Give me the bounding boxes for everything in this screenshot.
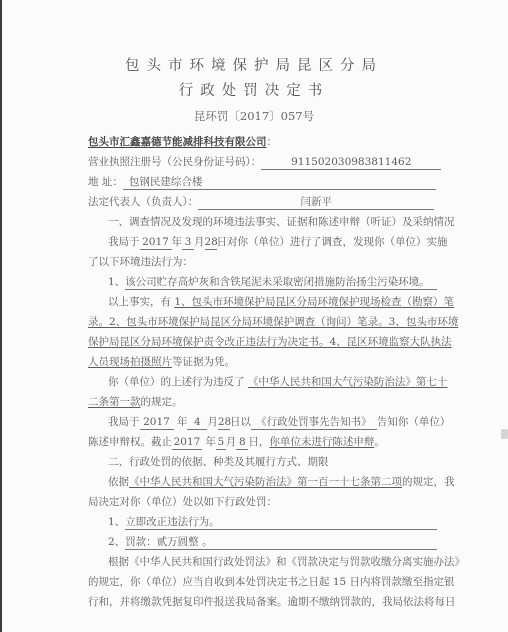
legal-rep-label: 法定代表人（负责人）：: [88, 196, 198, 208]
defense-result: 你单位未进行陈述申辩: [269, 436, 374, 448]
text: 日，: [248, 436, 269, 448]
text: 我局于: [108, 236, 140, 248]
evidence-text: 1、包头市环境保护局昆区分局环境保护现场检查（勘察）笔: [174, 296, 454, 308]
address-value: 包钢民建综合楼: [123, 176, 436, 190]
issuing-authority-title: 包头市环境保护局昆区分局: [0, 54, 508, 75]
penalty-item-2: 2、罚款：贰万圆整 。: [108, 535, 437, 550]
address-line: 地 址：包钢民建综合楼: [88, 175, 436, 190]
text: 的规定，我: [402, 476, 455, 488]
legal-rep-line: 法定代表人（负责人）：闫新平: [88, 195, 434, 210]
recipient-suffix: ：: [267, 136, 278, 148]
license-line: 营业执照注册号（公民身份证号码）：911502030983811462: [88, 155, 441, 170]
evidence-line-3: 保护局昆区分局环境保护责令改正违法行为决定书。4、昆区环境监察大队执法: [88, 335, 452, 349]
item-number: 2、: [108, 536, 125, 548]
text: 年: [177, 416, 188, 428]
investigation-month: 3: [182, 236, 194, 250]
investigation-year: 2017: [140, 236, 172, 250]
license-value: 911502030983811462: [261, 156, 441, 170]
notice-month: 4: [187, 416, 207, 430]
deadline-month: 5: [216, 436, 226, 450]
deadline-year: 2017: [172, 436, 202, 450]
evidence-line-4: 人员现场拍摄照片等证据为凭。: [88, 355, 235, 369]
item-number: 1、: [108, 516, 125, 528]
license-label: 营业执照注册号（公民身份证号码）：: [88, 156, 261, 168]
notice-line-2: 陈述申辩权。截止2017 年5月8日，你单位未进行陈述申辩。: [88, 435, 385, 450]
violated-law: 二条第一款: [88, 396, 141, 408]
text: 告知你（单位）: [377, 416, 451, 428]
recipient-line: 包头市汇鑫嘉德节能减排科技有限公司：: [88, 135, 277, 149]
payment-line-2: 的规定，你（单位）应当自收到本处罚决定书之日起 15 日内将罚款缴至指定银: [88, 575, 455, 589]
basis-line-2: 局决定对你（单位）处以如下行政处罚：: [88, 495, 277, 509]
text: 年: [205, 436, 216, 448]
evidence-text: 人员现场拍摄照片: [88, 356, 172, 368]
text: 你（单位）的上述行为违反了: [108, 376, 245, 388]
text: 等证据为凭。: [172, 356, 235, 368]
address-label: 地 址：: [88, 176, 123, 188]
document-number: 昆环罚〔2017〕057号: [0, 108, 508, 124]
text: 日对你（单位）进行了调查，发现你（单位）实施: [217, 236, 448, 248]
investigation-day: 28: [205, 236, 217, 250]
violated-law-line-2: 二条第一款的规定。: [88, 395, 183, 409]
notice-document: 《行政处罚事先告知书》: [251, 416, 377, 430]
recipient-name: 包头市汇鑫嘉德节能减排科技有限公司: [88, 136, 267, 148]
violated-law-line-1: 你（单位）的上述行为违反了 《中华人民共和国大气污染防治法》第七十: [108, 375, 447, 389]
text: 陈述申辩权。截止: [88, 436, 172, 448]
notice-day: 28: [218, 416, 230, 430]
deadline-day: 8: [236, 436, 248, 450]
penalty-decision-document: 包头市环境保护局昆区分局 行政处罚决定书 昆环罚〔2017〕057号 包头市汇鑫…: [0, 0, 508, 632]
evidence-line-1: 以上事实，有 1、包头市环境保护局昆区分局环境保护现场检查（勘察）笔: [108, 295, 454, 309]
evidence-line-2: 录。2、包头市环境保护局昆区分局环境保护调查（询问）笔录。3、包头市环境: [88, 315, 458, 329]
legal-rep-value: 闫新平: [198, 196, 434, 210]
section-2-heading: 二、行政处罚的依据、种类及其履行方式、期限: [108, 455, 329, 469]
text: 以上事实，有: [108, 296, 171, 308]
fine-amount: 罚款：贰万圆整 。: [125, 536, 437, 550]
payment-line-3: 行和，并将缴款凭据复印件报送我局备案。逾期不缴纳罚款的，我局依法将每日: [88, 595, 456, 609]
text: 我局于: [108, 416, 140, 428]
investigation-line-1: 我局于2017年3月28日对你（单位）进行了调查，发现你（单位）实施: [108, 235, 448, 250]
text: 月: [226, 436, 237, 448]
section-1-heading: 一、调查情况及发现的环境违法事实、证据和陈述申辩（听证）及采纳情况: [108, 215, 455, 229]
item-number: 1、: [108, 276, 125, 288]
document-type-title: 行政处罚决定书: [0, 79, 508, 100]
penalty-item-1: 1、立即改正违法行为。: [108, 515, 437, 530]
text: 的规定。: [141, 396, 183, 408]
text: 依据: [108, 476, 129, 488]
text: 年: [172, 236, 183, 248]
text: 日以: [230, 416, 251, 428]
text: 。: [374, 436, 385, 448]
payment-line-1: 根据《中华人民共和国行政处罚法》和《罚款决定与罚款收缴分离实施办法》: [108, 555, 465, 569]
violation-text: 该公司贮存高炉灰和含铁尾泥未采取密闭措施防治扬尘污染环境。: [125, 276, 437, 290]
notice-year: 2017: [140, 416, 174, 430]
penalty-text: 立即改正违法行为。: [125, 516, 437, 530]
notice-line-1: 我局于2017 年4月28日以《行政处罚事先告知书》告知你（单位）: [108, 415, 450, 430]
text: 月: [207, 416, 218, 428]
investigation-line-2: 了以下环境违法行为：: [88, 255, 193, 269]
violated-law: 《中华人民共和国大气污染防治法》第七十: [248, 376, 448, 388]
basis-line-1: 依据《中华人民共和国大气污染防治法》第一百一十七条第二项的规定，我: [108, 475, 455, 489]
text: 月: [194, 236, 205, 248]
penalty-basis-law: 《中华人民共和国大气污染防治法》第一百一十七条第二项: [129, 476, 402, 488]
violation-item-1: 1、该公司贮存高炉灰和含铁尾泥未采取密闭措施防治扬尘污染环境。: [108, 275, 437, 290]
